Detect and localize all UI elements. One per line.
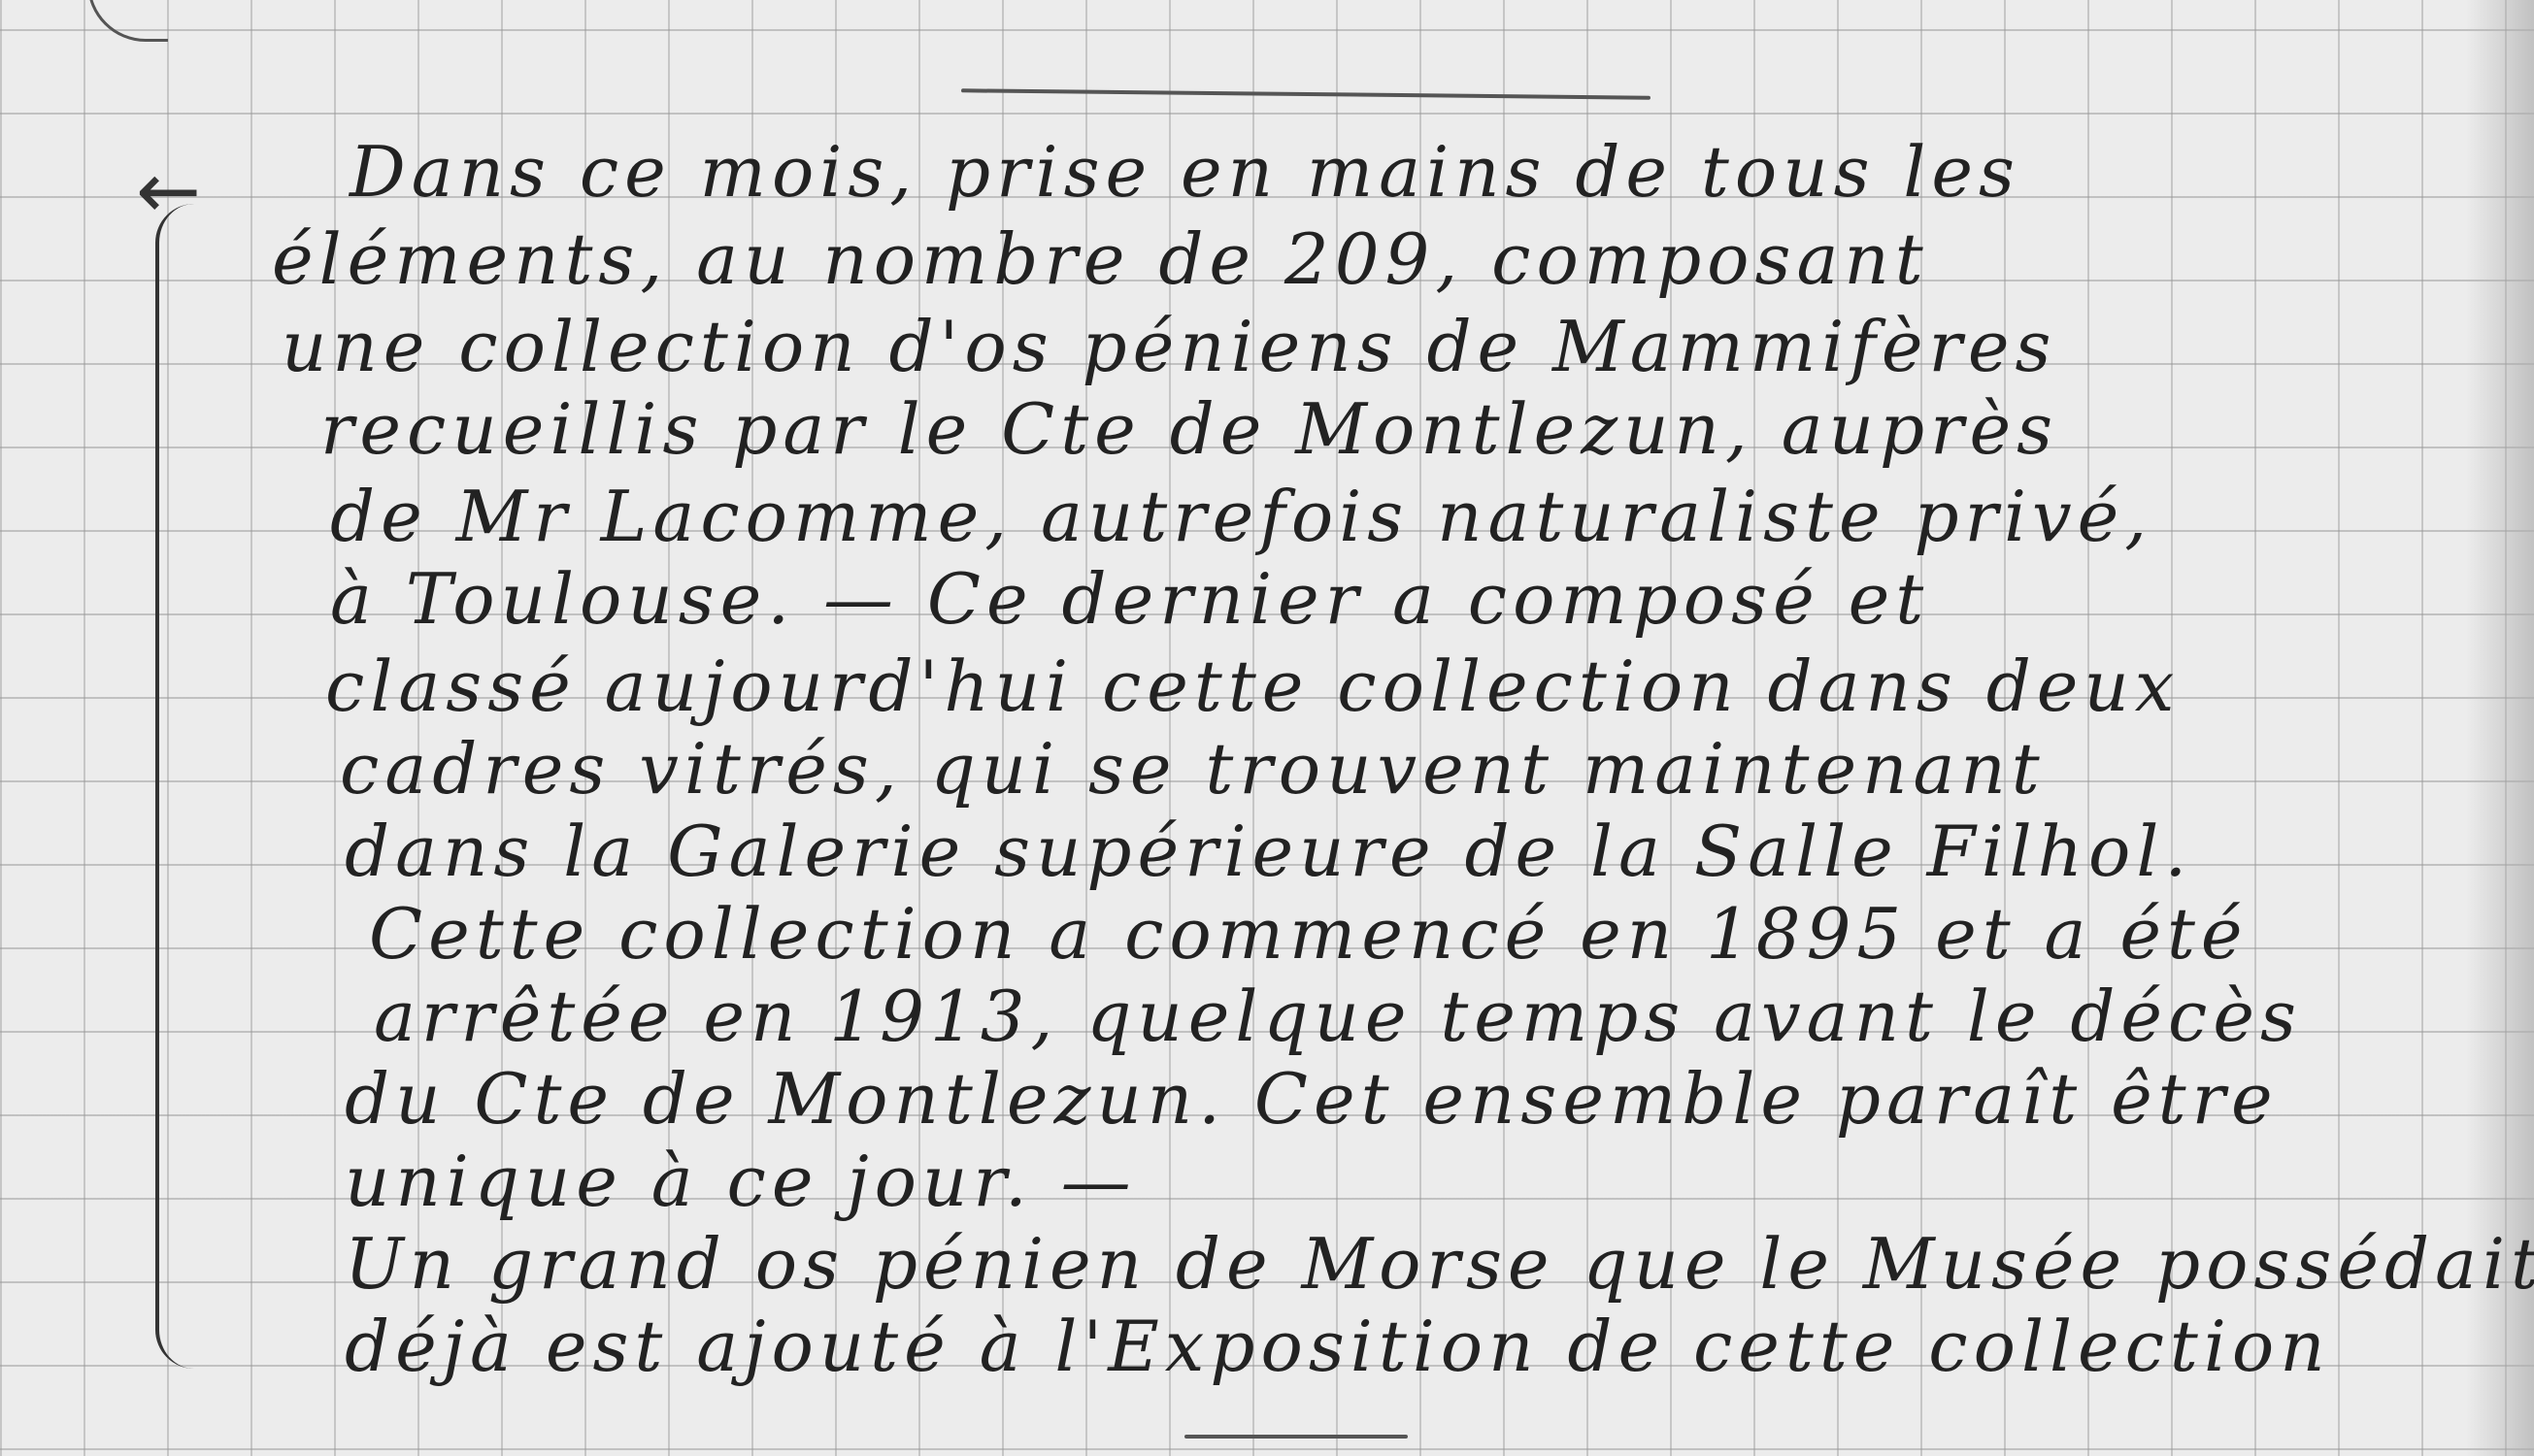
text-line: classé aujourd'hui cette collection dans… [325, 645, 2180, 727]
text-line: dans la Galerie supérieure de la Salle F… [345, 811, 2192, 892]
text-line: de Mr Lacomme, autrefois naturaliste pri… [330, 476, 2152, 557]
text-line: Dans ce mois, prise en mains de tous les [350, 131, 2020, 213]
previous-bracket-end [87, 0, 168, 42]
notebook-page: ← Dans ce mois, prise en mains de tous l… [0, 0, 2534, 1456]
text-line: à Toulouse. — Ce dernier a composé et [330, 558, 1929, 640]
text-line: cadres vitrés, qui se trouvent maintenan… [340, 728, 2046, 810]
text-line: arrêtée en 1913, quelque temps avant le … [374, 976, 2302, 1057]
text-line: éléments, au nombre de 209, composant [272, 218, 1929, 300]
margin-bracket [155, 204, 198, 1369]
header-rule [961, 88, 1650, 99]
text-line: Un grand os pénien de Morse que le Musée… [345, 1223, 2534, 1305]
text-line: du Cte de Montlezun. Cet ensemble paraît… [345, 1058, 2279, 1140]
text-line: une collection d'os péniens de Mammifère… [282, 306, 2057, 387]
text-line: unique à ce jour. — [345, 1141, 1137, 1222]
footer-rule [1184, 1435, 1408, 1439]
text-line: déjà est ajouté à l'Exposition de cette … [345, 1306, 2331, 1387]
text-line: recueillis par le Cte de Montlezun, aupr… [320, 388, 2058, 470]
text-line: Cette collection a commencé en 1895 et a… [369, 893, 2249, 975]
